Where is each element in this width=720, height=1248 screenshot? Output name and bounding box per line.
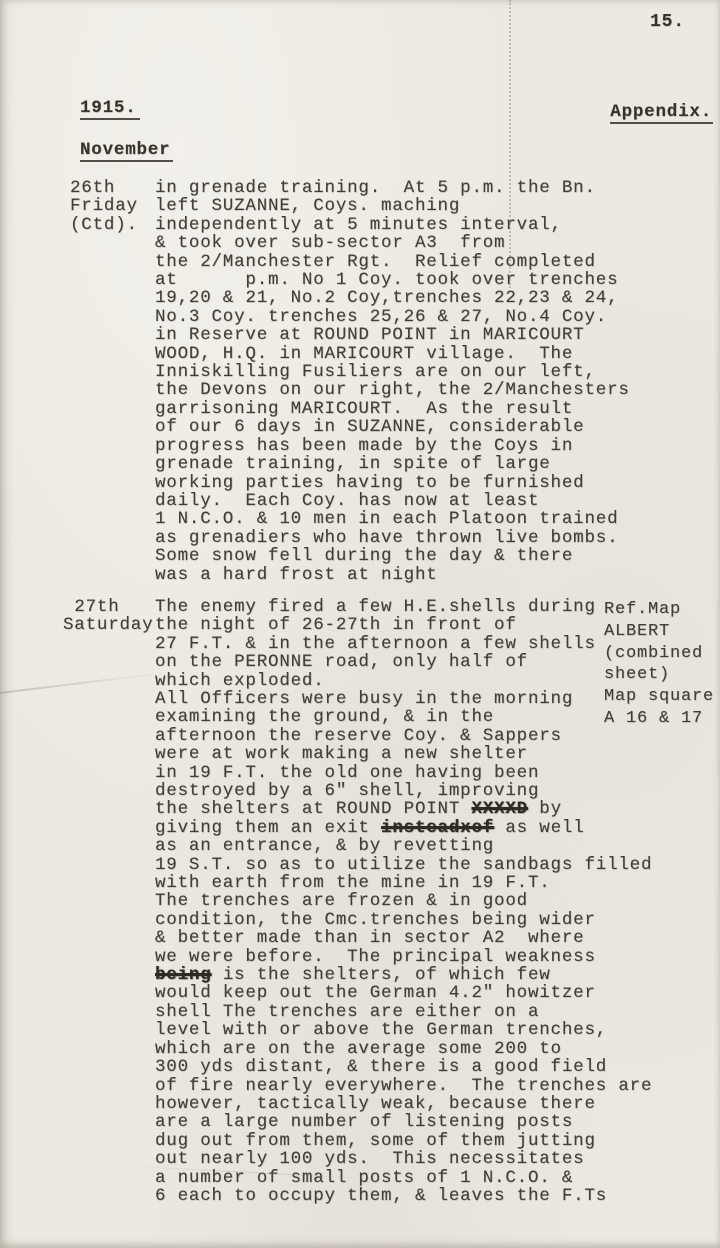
text-line: the Devons on our right, the 2/Mancheste… (155, 381, 720, 399)
text-line: garrisoning MARICOURT. As the result (155, 400, 720, 418)
entry-date: 26thFriday(Ctd). (70, 179, 138, 234)
text-line: in 19 F.T. the old one having been (155, 764, 720, 782)
page-number: 15. (650, 13, 685, 31)
text-line: daily. Each Coy. has now at least (155, 492, 720, 510)
text-line: WOOD, H.Q. in MARICOURT village. The (155, 345, 720, 363)
text-line: (combined (604, 643, 714, 665)
margin-note-map-reference: Ref.MapALBERT(combinedsheet)Map squareA … (604, 599, 714, 730)
text-line: working parties having to be furnished (155, 474, 720, 492)
text-line: grenade training, in spite of large (155, 455, 720, 473)
struck-out-text: insteadxof (381, 818, 494, 838)
struck-out-text: XXXXD (471, 799, 528, 819)
text-line: the shelters at ROUND POINT XXXXD by (155, 800, 720, 818)
text-line: & took over sub-sector A3 from (155, 234, 720, 252)
text-line: 6 each to occupy them, & leaves the F.Ts (155, 1187, 720, 1205)
text-line: in Reserve at ROUND POINT in MARICOURT (155, 326, 720, 344)
month-heading: November (80, 141, 173, 162)
text-line: 27th (63, 598, 153, 616)
text-line: 19,20 & 21, No.2 Coy,trenches 22,23 & 24… (155, 289, 720, 307)
text-line: of fire nearly everywhere. The trenches … (155, 1077, 720, 1095)
year-heading: 1915. (80, 99, 140, 120)
diary-entry: 27thSaturdayThe enemy fired a few H.E.sh… (0, 598, 720, 1205)
diary-entry: 26thFriday(Ctd).in grenade training. At … (0, 179, 720, 584)
text-line: dug out from them, some of them jutting (155, 1132, 720, 1150)
diary-entries: 26thFriday(Ctd).in grenade training. At … (0, 179, 720, 1219)
text-line: as an entrance, & by revetting (155, 837, 720, 855)
text-line: in grenade training. At 5 p.m. the Bn. (155, 179, 720, 197)
text-line: sheet) (604, 664, 714, 686)
entry-date: 27thSaturday (63, 598, 153, 635)
text-line: 1 N.C.O. & 10 men in each Platoon traine… (155, 510, 720, 528)
text-line: giving them an exit insteadxof as well (155, 819, 720, 837)
text-line: 300 yds distant, & there is a good field (155, 1058, 720, 1076)
appendix-heading: Appendix. (610, 103, 713, 124)
text-line: however, tactically weak, because there (155, 1095, 720, 1113)
war-diary-page: 15. 1915. Appendix. November 26thFriday(… (0, 0, 720, 1248)
text-line: as grenadiers who have thrown live bombs… (155, 529, 720, 547)
text-line: of our 6 days in SUZANNE, considerable (155, 418, 720, 436)
text-line: Map square (604, 686, 714, 708)
text-line: with earth from the mine in 19 F.T. (155, 874, 720, 892)
text-line: are a large number of listening posts (155, 1113, 720, 1131)
text-line: at p.m. No 1 Coy. took over trenches (155, 271, 720, 289)
text-line: condition, the Cmc.trenches being wider (155, 911, 720, 929)
paper-fold-line (509, 0, 511, 288)
text-line: the 2/Manchester Rgt. Relief completed (155, 253, 720, 271)
text-line: A 16 & 17 (604, 708, 714, 730)
text-line: Inniskilling Fusiliers are on our left, (155, 363, 720, 381)
text-line: Some snow fell during the day & there (155, 547, 720, 565)
text-line: Saturday (63, 616, 153, 634)
text-line: out nearly 100 yds. This necessitates (155, 1150, 720, 1168)
text-line: ALBERT (604, 621, 714, 643)
text-line: No.3 Coy. trenches 25,26 & 27, No.4 Coy. (155, 308, 720, 326)
text-line: destroyed by a 6" shell, improving (155, 782, 720, 800)
text-line: & better made than in sector A2 where (155, 929, 720, 947)
text-line: being is the shelters, of which few (155, 966, 720, 984)
text-line: independently at 5 minutes interval, (155, 216, 720, 234)
text-line: was a hard frost at night (155, 566, 720, 584)
text-line: we were before. The principal weakness (155, 948, 720, 966)
entry-body: in grenade training. At 5 p.m. the Bn.le… (155, 179, 720, 584)
text-line: level with or above the German trenches, (155, 1021, 720, 1039)
text-line: were at work making a new shelter (155, 745, 720, 763)
text-line: left SUZANNE, Coys. maching (155, 197, 720, 215)
text-line: Ref.Map (604, 599, 714, 621)
text-line: 26th (70, 179, 138, 197)
text-line: Friday (70, 197, 138, 215)
text-line: The trenches are frozen & in good (155, 892, 720, 910)
text-line: 19 S.T. so as to utilize the sandbags fi… (155, 856, 720, 874)
text-line: progress has been made by the Coys in (155, 437, 720, 455)
text-line: shell The trenches are either on a (155, 1003, 720, 1021)
text-line: (Ctd). (70, 216, 138, 234)
text-line: would keep out the German 4.2" howitzer (155, 984, 720, 1002)
text-line: which are on the average some 200 to (155, 1040, 720, 1058)
